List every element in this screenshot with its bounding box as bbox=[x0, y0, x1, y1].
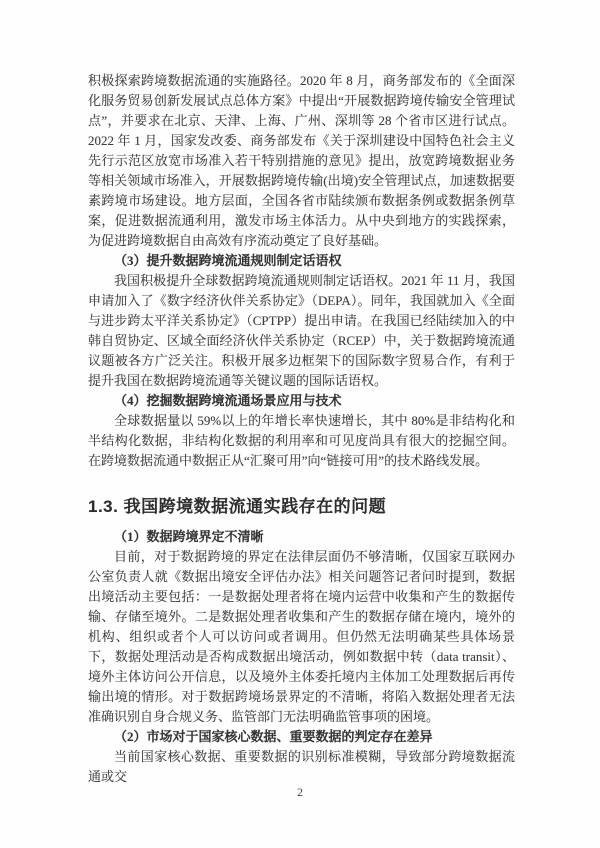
subheading-3-rules-discourse-power: （3）提升数据跨境流通规则制定话语权 bbox=[88, 251, 515, 271]
page-number: 2 bbox=[0, 784, 600, 800]
subheading-2-core-data-judgment-difference: （2）市场对于国家核心数据、重要数据的判定存在差异 bbox=[88, 727, 515, 747]
paragraph-rules-discourse-power: 我国积极提升全球数据跨境流通规则制定话语权。2021 年 11 月，我国申请加入… bbox=[88, 271, 515, 391]
subheading-1-definition-unclear: （1）数据跨境界定不清晰 bbox=[88, 527, 515, 547]
section-heading-1-3-problems: 1.3. 我国跨境数据流通实践存在的问题 bbox=[88, 495, 515, 519]
subheading-4-scenario-application-tech: （4）挖掘数据跨境流通场景应用与技术 bbox=[88, 391, 515, 411]
paragraph-definition-unclear-detail: 目前，对于数据跨境的界定在法律层面仍不够清晰，仅国家互联网办公室负责人就《数据出… bbox=[88, 547, 515, 727]
paragraph-core-data-standard-vague: 当前国家核心数据、重要数据的识别标准模糊，导致部分跨境数据流通或交 bbox=[88, 747, 515, 787]
paragraph-implementation-path: 积极探索跨境数据流通的实施路径。2020 年 8 月，商务部发布的《全面深化服务… bbox=[88, 71, 515, 251]
document-page: 积极探索跨境数据流通的实施路径。2020 年 8 月，商务部发布的《全面深化服务… bbox=[0, 0, 600, 848]
paragraph-global-data-growth: 全球数据量以 59%以上的年增长率快速增长，其中 80%是非结构化和半结构化数据… bbox=[88, 411, 515, 471]
page-body: 积极探索跨境数据流通的实施路径。2020 年 8 月，商务部发布的《全面深化服务… bbox=[88, 71, 515, 787]
